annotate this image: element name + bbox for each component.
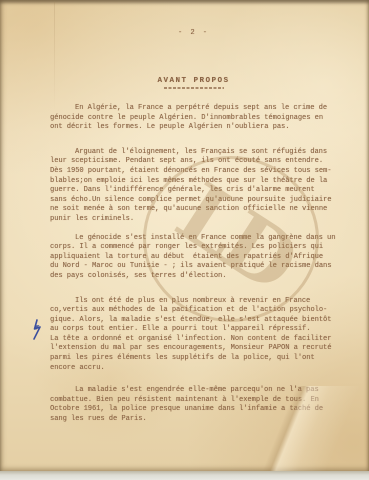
text-line: sans écho.Un silence complice permet qu'… [50, 196, 350, 206]
paper-sheet: - 2 - AVANT PROPOS En Algérie, la France… [0, 0, 369, 471]
heading-underline [164, 87, 224, 89]
text-line: des pays colonisés, ses terres d'électio… [50, 272, 350, 282]
paper-crease [54, 2, 55, 112]
text-line: Dès 1950 pourtant, étaient dénoncés en F… [50, 167, 350, 177]
text-line: corps. Il a commencé par ronger les extr… [50, 243, 350, 253]
text-line: leur scepticisme. Pendant sept ans, ils … [50, 157, 350, 167]
page-title: AVANT PROPOS [157, 77, 229, 87]
heading-wrap: AVANT PROPOS [50, 69, 337, 89]
text-line: Ils ont été de plus en plus nombreux à r… [50, 297, 350, 307]
text-line: ne soit menée à son terme, qu'aucune san… [50, 205, 350, 215]
text-line: l'extension du mal par ses encouragement… [50, 344, 350, 354]
text-line: gique. Alors, la maladie s'est étendue, … [50, 316, 350, 326]
paragraph: Arguant de l'éloignement, les Français s… [50, 148, 350, 225]
text-line: du Nord - Maroc ou Tunisie - ; ils avaie… [50, 262, 350, 272]
margin-pen-mark-icon [30, 319, 44, 345]
text-line: Le génocide s'est installé en France com… [50, 234, 350, 244]
text-line: Arguant de l'éloignement, les Français s… [50, 148, 350, 158]
text-line: appliquaient la torture au début étaient… [50, 253, 350, 263]
scanned-page: - 2 - AVANT PROPOS En Algérie, la France… [0, 0, 369, 480]
paragraph: En Algérie, la France a perpétré depuis … [50, 104, 350, 133]
scan-edge [0, 471, 369, 480]
corner-fold [209, 386, 369, 471]
text-line: guerre. Dans l'indifférence générale, le… [50, 186, 350, 196]
text-line: encore accru. [50, 364, 350, 374]
text-line: ont décrit les formes. Le peuple Algérie… [50, 123, 350, 133]
paragraph: Le génocide s'est installé en France com… [50, 234, 350, 282]
text-line: au corps tout entier. Elle a pourri tout… [50, 325, 350, 335]
text-line: blables;on emploie ici les mêmes méthode… [50, 177, 350, 187]
paragraph: Ils ont été de plus en plus nombreux à r… [50, 297, 350, 374]
text-line: génocide contre le peuple Algérien. D'in… [50, 114, 350, 124]
text-line: punir les criminels. [50, 215, 350, 225]
text-line: En Algérie, la France a perpétré depuis … [50, 104, 350, 114]
text-line: parmi les pires éléments les supplétifs … [50, 354, 350, 364]
text-line: co,vertis aux méthodes de la pacificatio… [50, 306, 350, 316]
page-number: - 2 - [50, 29, 337, 37]
